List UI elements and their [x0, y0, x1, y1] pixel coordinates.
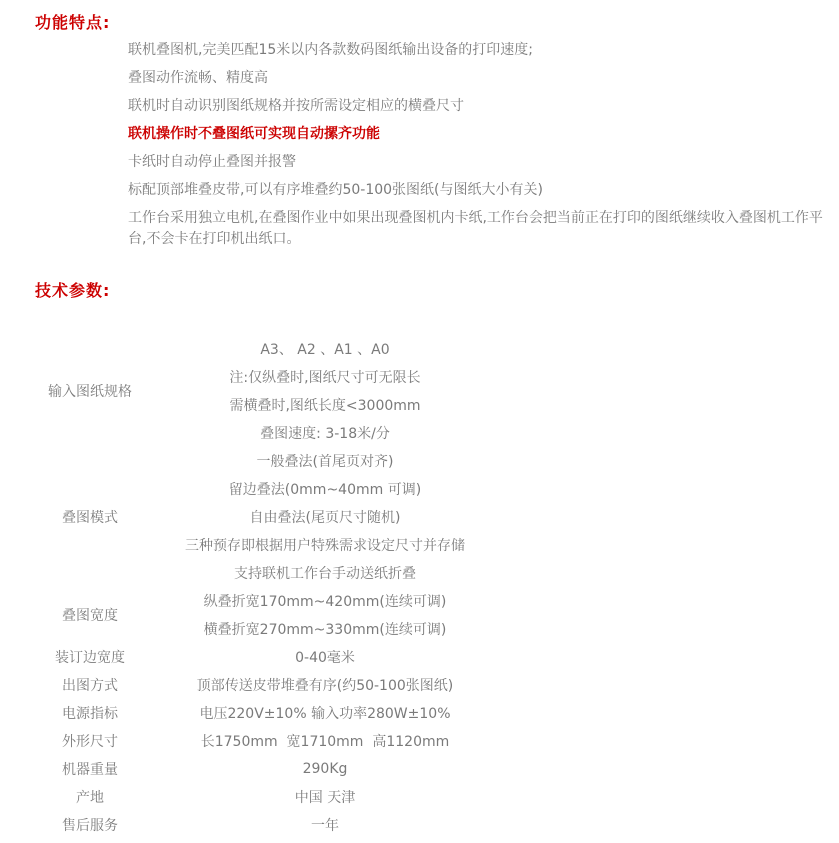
spec-group-label: 装订边宽度	[0, 643, 180, 671]
spec-group-label: 机器重量	[0, 755, 180, 783]
table-row: 输入图纸规格 A3、 A2 、A1 、A0	[0, 335, 470, 363]
features-list: 联机叠图机,完美匹配15米以内各款数码图纸输出设备的打印速度; 叠图动作流畅、精…	[128, 40, 838, 257]
spec-value: 长1750mm 宽1710mm 高1120mm	[180, 727, 470, 755]
spec-value: A3、 A2 、A1 、A0	[180, 335, 470, 363]
spec-value: 290Kg	[180, 755, 470, 783]
spec-value: 顶部传送皮带堆叠有序(约50-100张图纸)	[180, 671, 470, 699]
feature-item-highlighted: 联机操作时不叠图纸可实现自动摞齐功能	[128, 124, 838, 145]
spec-value: 横叠折宽270mm~330mm(连续可调)	[180, 615, 470, 643]
specs-table: 输入图纸规格 A3、 A2 、A1 、A0 注:仅纵叠时,图纸尺寸可无限长 需横…	[0, 335, 470, 839]
feature-item: 工作台采用独立电机,在叠图作业中如果出现叠图机内卡纸,工作台会把当前正在打印的图…	[128, 208, 838, 250]
spec-group-label: 输入图纸规格	[0, 335, 180, 447]
table-row: 机器重量 290Kg	[0, 755, 470, 783]
table-row: 售后服务 一年	[0, 811, 470, 839]
table-row: 装订边宽度 0-40毫米	[0, 643, 470, 671]
spec-value: 支持联机工作台手动送纸折叠	[180, 559, 470, 587]
spec-group-label: 出图方式	[0, 671, 180, 699]
feature-item: 卡纸时自动停止叠图并报警	[128, 152, 838, 173]
spec-value: 中国 天津	[180, 783, 470, 811]
table-row: 叠图模式 一般叠法(首尾页对齐)	[0, 447, 470, 475]
spec-group-label: 外形尺寸	[0, 727, 180, 755]
table-row: 外形尺寸 长1750mm 宽1710mm 高1120mm	[0, 727, 470, 755]
feature-item: 标配顶部堆叠皮带,可以有序堆叠约50-100张图纸(与图纸大小有关)	[128, 180, 838, 201]
section-title-features: 功能特点:	[35, 10, 110, 33]
spec-value: 需横叠时,图纸长度<3000mm	[180, 391, 470, 419]
spec-value: 注:仅纵叠时,图纸尺寸可无限长	[180, 363, 470, 391]
spec-value: 自由叠法(尾页尺寸随机)	[180, 503, 470, 531]
product-detail-page: 功能特点: 联机叠图机,完美匹配15米以内各款数码图纸输出设备的打印速度; 叠图…	[0, 0, 839, 843]
spec-value: 叠图速度: 3-18米/分	[180, 419, 470, 447]
table-row: 产地 中国 天津	[0, 783, 470, 811]
spec-group-label: 叠图宽度	[0, 587, 180, 643]
spec-group-label: 叠图模式	[0, 447, 180, 587]
table-row: 叠图宽度 纵叠折宽170mm~420mm(连续可调)	[0, 587, 470, 615]
spec-group-label: 产地	[0, 783, 180, 811]
table-row: 电源指标 电压220V±10% 输入功率280W±10%	[0, 699, 470, 727]
spec-value: 留边叠法(0mm~40mm 可调)	[180, 475, 470, 503]
feature-item: 联机叠图机,完美匹配15米以内各款数码图纸输出设备的打印速度;	[128, 40, 838, 61]
spec-group-label: 售后服务	[0, 811, 180, 839]
spec-value: 纵叠折宽170mm~420mm(连续可调)	[180, 587, 470, 615]
spec-value: 一般叠法(首尾页对齐)	[180, 447, 470, 475]
table-row: 出图方式 顶部传送皮带堆叠有序(约50-100张图纸)	[0, 671, 470, 699]
spec-group-label: 电源指标	[0, 699, 180, 727]
spec-value: 三种预存即根据用户特殊需求设定尺寸并存储	[180, 531, 470, 559]
spec-value: 电压220V±10% 输入功率280W±10%	[180, 699, 470, 727]
feature-item: 叠图动作流畅、精度高	[128, 68, 838, 89]
spec-value: 一年	[180, 811, 470, 839]
section-title-specs: 技术参数:	[35, 278, 110, 301]
feature-item: 联机时自动识别图纸规格并按所需设定相应的横叠尺寸	[128, 96, 838, 117]
spec-value: 0-40毫米	[180, 643, 470, 671]
